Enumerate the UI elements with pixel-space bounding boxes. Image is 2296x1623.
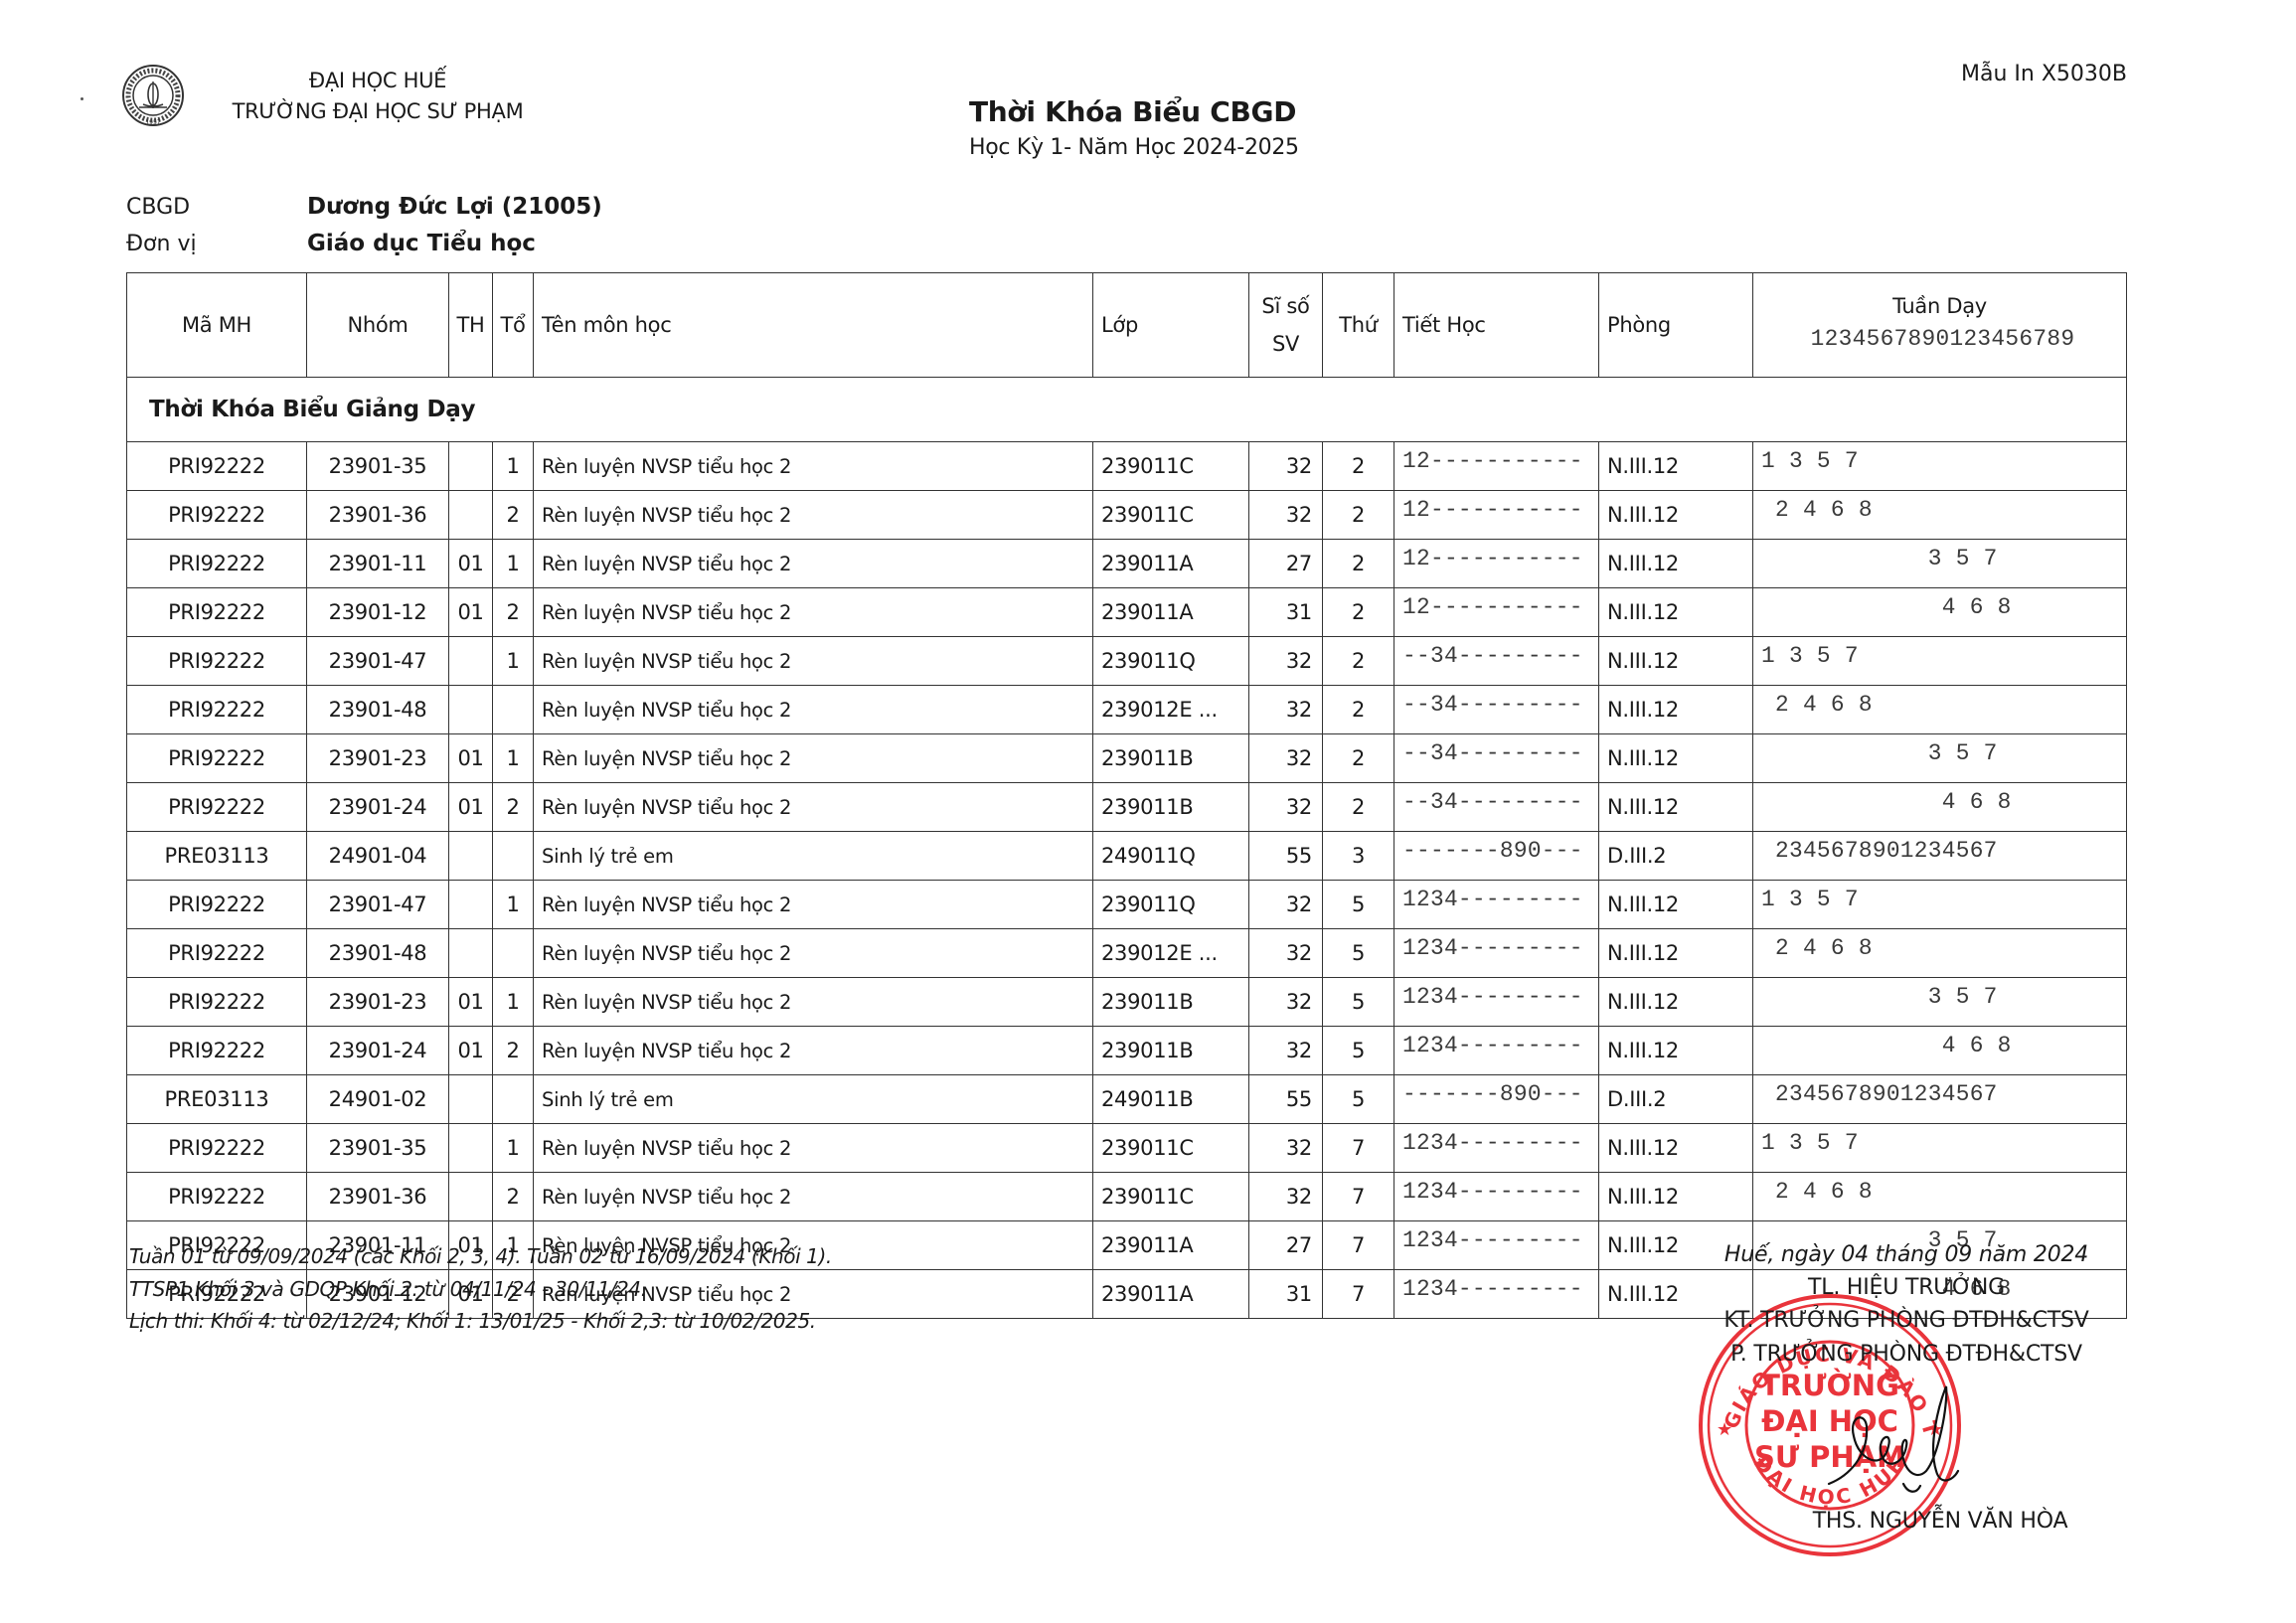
table-row: PRI92222 23901-11 01 1 Rèn luyện NVSP ti…	[127, 540, 2127, 588]
cell-room: N.III.12	[1599, 540, 1753, 588]
handwritten-signature-icon	[1809, 1377, 1968, 1506]
lecturer-value: Dương Đức Lợi (21005)	[307, 194, 602, 220]
cell-weeks: 3 5 7	[1753, 978, 2127, 1027]
cell-periods: 1234---------	[1394, 1173, 1599, 1221]
cell-room: N.III.12	[1599, 686, 1753, 734]
section-row: Thời Khóa Biểu Giảng Dạy	[127, 378, 2127, 442]
col-periods: Tiết Học	[1394, 273, 1599, 378]
cell-weeks: 4 6 8	[1753, 783, 2127, 832]
cell-periods: 1234---------	[1394, 1124, 1599, 1173]
schedule-table: Mã MH Nhóm TH Tổ Tên môn học Lớp Sĩ số S…	[126, 272, 2127, 1319]
col-weekday: Thứ	[1323, 273, 1394, 378]
cell-periods: 1234---------	[1394, 1270, 1599, 1319]
cell-th	[449, 442, 493, 491]
cell-course-name: Rèn luyện NVSP tiểu học 2	[534, 881, 1093, 929]
signer-name: THS. NGUYỄN VĂN HÒA	[1813, 1509, 2068, 1534]
cell-weekday: 7	[1323, 1221, 1394, 1270]
cell-class-size: 32	[1249, 637, 1323, 686]
cell-course-name: Rèn luyện NVSP tiểu học 2	[534, 1124, 1093, 1173]
cell-group: 23901-47	[307, 881, 449, 929]
cell-course-code: PRI92222	[127, 978, 307, 1027]
document-subtitle: Học Kỳ 1- Năm Học 2024-2025	[969, 135, 1299, 160]
cell-weekday: 2	[1323, 491, 1394, 540]
cell-room: N.III.12	[1599, 588, 1753, 637]
cell-th	[449, 881, 493, 929]
cell-team: 1	[493, 734, 534, 783]
table-row: PRI92222 23901-12 01 2 Rèn luyện NVSP ti…	[127, 588, 2127, 637]
cell-weekday: 2	[1323, 783, 1394, 832]
cell-weekday: 3	[1323, 832, 1394, 881]
col-team: Tổ	[493, 273, 534, 378]
cell-room: N.III.12	[1599, 978, 1753, 1027]
cell-weeks: 2345678901234567	[1753, 1075, 2127, 1124]
col-weeks: Tuần Dạy 1234567890123456789	[1753, 273, 2127, 378]
cell-course-name: Rèn luyện NVSP tiểu học 2	[534, 491, 1093, 540]
col-th: TH	[449, 273, 493, 378]
table-row: PRI92222 23901-48 Rèn luyện NVSP tiểu họ…	[127, 686, 2127, 734]
cell-class-size: 32	[1249, 734, 1323, 783]
cell-weeks: 2 4 6 8	[1753, 1173, 2127, 1221]
cell-class: 239011C	[1093, 1173, 1249, 1221]
cell-th	[449, 1075, 493, 1124]
col-course-name: Tên môn học	[534, 273, 1093, 378]
cell-group: 24901-04	[307, 832, 449, 881]
cell-weeks: 1 3 5 7	[1753, 1124, 2127, 1173]
cell-room: N.III.12	[1599, 929, 1753, 978]
cell-class: 239011B	[1093, 783, 1249, 832]
cell-weekday: 7	[1323, 1173, 1394, 1221]
cell-class: 239011A	[1093, 540, 1249, 588]
cell-class: 239011A	[1093, 1221, 1249, 1270]
cell-class-size: 32	[1249, 442, 1323, 491]
cell-class: 239012E ...	[1093, 929, 1249, 978]
table-row: PRE03113 24901-02 Sinh lý trẻ em 249011B…	[127, 1075, 2127, 1124]
cell-weekday: 2	[1323, 637, 1394, 686]
table-row: PRI92222 23901-24 01 2 Rèn luyện NVSP ti…	[127, 1027, 2127, 1075]
col-weeks-label: Tuần Dạy	[1753, 294, 2126, 318]
table-header-row: Mã MH Nhóm TH Tổ Tên môn học Lớp Sĩ số S…	[127, 273, 2127, 378]
cell-course-code: PRI92222	[127, 1124, 307, 1173]
cell-th	[449, 637, 493, 686]
col-class-size: Sĩ số SV	[1249, 273, 1323, 378]
cell-weekday: 5	[1323, 1027, 1394, 1075]
cell-course-code: PRI92222	[127, 588, 307, 637]
cell-course-code: PRI92222	[127, 686, 307, 734]
cell-class: 239011Q	[1093, 881, 1249, 929]
unit-label: Đơn vị	[126, 232, 197, 256]
cell-group: 24901-02	[307, 1075, 449, 1124]
cell-room: D.III.2	[1599, 1075, 1753, 1124]
cell-periods: 12-----------	[1394, 442, 1599, 491]
col-room: Phòng	[1599, 273, 1753, 378]
cell-team: 1	[493, 978, 534, 1027]
cell-class-size: 32	[1249, 1173, 1323, 1221]
cell-course-name: Rèn luyện NVSP tiểu học 2	[534, 734, 1093, 783]
cell-weekday: 7	[1323, 1270, 1394, 1319]
cell-weeks: 2 4 6 8	[1753, 929, 2127, 978]
cell-th	[449, 686, 493, 734]
cell-weekday: 7	[1323, 1124, 1394, 1173]
cell-class: 239011B	[1093, 734, 1249, 783]
cell-periods: 1234---------	[1394, 1221, 1599, 1270]
cell-weeks: 2 4 6 8	[1753, 491, 2127, 540]
cell-course-name: Rèn luyện NVSP tiểu học 2	[534, 686, 1093, 734]
cell-course-code: PRE03113	[127, 832, 307, 881]
cell-team	[493, 1075, 534, 1124]
cell-course-name: Rèn luyện NVSP tiểu học 2	[534, 588, 1093, 637]
cell-class: 249011Q	[1093, 832, 1249, 881]
cell-class-size: 32	[1249, 783, 1323, 832]
cell-periods: --34---------	[1394, 783, 1599, 832]
svg-text:1957: 1957	[145, 119, 160, 126]
cell-class-size: 55	[1249, 1075, 1323, 1124]
cell-group: 23901-11	[307, 540, 449, 588]
cell-course-code: PRI92222	[127, 1173, 307, 1221]
cell-class-size: 32	[1249, 686, 1323, 734]
cell-th: 01	[449, 588, 493, 637]
cell-periods: 1234---------	[1394, 1027, 1599, 1075]
form-code: Mẫu In X5030B	[1961, 62, 2127, 86]
cell-periods: -------890---	[1394, 832, 1599, 881]
cell-group: 23901-12	[307, 588, 449, 637]
table-row: PRI92222 23901-47 1 Rèn luyện NVSP tiểu …	[127, 881, 2127, 929]
cell-course-code: PRE03113	[127, 1075, 307, 1124]
cell-class: 239011Q	[1093, 637, 1249, 686]
cell-team: 2	[493, 588, 534, 637]
cell-th	[449, 929, 493, 978]
cell-course-name: Sinh lý trẻ em	[534, 1075, 1093, 1124]
cell-periods: 12-----------	[1394, 588, 1599, 637]
cell-periods: 1234---------	[1394, 978, 1599, 1027]
cell-course-name: Sinh lý trẻ em	[534, 832, 1093, 881]
cell-weeks: 4 6 8	[1753, 1027, 2127, 1075]
cell-course-code: PRI92222	[127, 783, 307, 832]
cell-group: 23901-23	[307, 734, 449, 783]
cell-weekday: 2	[1323, 540, 1394, 588]
cell-class: 239011C	[1093, 442, 1249, 491]
cell-periods: --34---------	[1394, 734, 1599, 783]
cell-class: 239011B	[1093, 1027, 1249, 1075]
col-class-size-top: Sĩ số	[1261, 294, 1309, 318]
cell-group: 23901-48	[307, 929, 449, 978]
cell-course-code: PRI92222	[127, 491, 307, 540]
col-class: Lớp	[1093, 273, 1249, 378]
cell-course-name: Rèn luyện NVSP tiểu học 2	[534, 783, 1093, 832]
note-exam-schedule: Lịch thi: Khối 4: từ 02/12/24; Khối 1: 1…	[129, 1309, 816, 1333]
table-row: PRI92222 23901-24 01 2 Rèn luyện NVSP ti…	[127, 783, 2127, 832]
cell-course-name: Rèn luyện NVSP tiểu học 2	[534, 978, 1093, 1027]
cell-weeks: 3 5 7	[1753, 734, 2127, 783]
signature-date: Huế, ngày 04 tháng 09 năm 2024	[1724, 1242, 2088, 1267]
table-row: PRI92222 23901-36 2 Rèn luyện NVSP tiểu …	[127, 1173, 2127, 1221]
cell-th: 01	[449, 734, 493, 783]
cell-course-name: Rèn luyện NVSP tiểu học 2	[534, 929, 1093, 978]
col-weeks-scale: 1234567890123456789	[1753, 326, 2126, 352]
cell-periods: 1234---------	[1394, 881, 1599, 929]
cell-class-size: 32	[1249, 1027, 1323, 1075]
cell-group: 23901-36	[307, 491, 449, 540]
table-row: PRI92222 23901-35 1 Rèn luyện NVSP tiểu …	[127, 1124, 2127, 1173]
cell-weekday: 5	[1323, 978, 1394, 1027]
cell-course-code: PRI92222	[127, 929, 307, 978]
cell-class: 239011B	[1093, 978, 1249, 1027]
cell-room: N.III.12	[1599, 1124, 1753, 1173]
col-class-size-bottom: SV	[1272, 332, 1299, 356]
cell-class-size: 32	[1249, 929, 1323, 978]
cell-class: 239011A	[1093, 588, 1249, 637]
scan-speck	[81, 97, 83, 100]
cell-class-size: 31	[1249, 588, 1323, 637]
cell-class: 239011C	[1093, 1124, 1249, 1173]
cell-team: 1	[493, 1124, 534, 1173]
signature-role-1: TL. HIỆU TRƯỞNG	[1808, 1275, 2005, 1300]
cell-team: 2	[493, 783, 534, 832]
cell-team	[493, 929, 534, 978]
table-row: PRI92222 23901-36 2 Rèn luyện NVSP tiểu …	[127, 491, 2127, 540]
cell-room: N.III.12	[1599, 1027, 1753, 1075]
table-row: PRI92222 23901-48 Rèn luyện NVSP tiểu họ…	[127, 929, 2127, 978]
cell-team	[493, 832, 534, 881]
cell-course-name: Rèn luyện NVSP tiểu học 2	[534, 1027, 1093, 1075]
cell-periods: 1234---------	[1394, 929, 1599, 978]
note-practicum: TTSP1 Khối 3 và GDQP Khối 2: từ 04/11/24…	[129, 1277, 647, 1301]
cell-group: 23901-48	[307, 686, 449, 734]
cell-weeks: 1 3 5 7	[1753, 637, 2127, 686]
table-row: PRE03113 24901-04 Sinh lý trẻ em 249011Q…	[127, 832, 2127, 881]
cell-weekday: 2	[1323, 686, 1394, 734]
cell-periods: --34---------	[1394, 686, 1599, 734]
cell-weekday: 2	[1323, 588, 1394, 637]
cell-class-size: 32	[1249, 881, 1323, 929]
cell-th: 01	[449, 978, 493, 1027]
col-course-code: Mã MH	[127, 273, 307, 378]
cell-team: 1	[493, 637, 534, 686]
cell-th	[449, 1124, 493, 1173]
cell-team: 1	[493, 881, 534, 929]
cell-course-name: Rèn luyện NVSP tiểu học 2	[534, 1173, 1093, 1221]
cell-team: 2	[493, 1027, 534, 1075]
cell-group: 23901-35	[307, 1124, 449, 1173]
cell-group: 23901-24	[307, 783, 449, 832]
cell-room: N.III.12	[1599, 783, 1753, 832]
lecturer-label: CBGD	[126, 195, 190, 220]
table-row: PRI92222 23901-47 1 Rèn luyện NVSP tiểu …	[127, 637, 2127, 686]
table-row: PRI92222 23901-23 01 1 Rèn luyện NVSP ti…	[127, 978, 2127, 1027]
cell-weekday: 5	[1323, 1075, 1394, 1124]
cell-class-size: 27	[1249, 1221, 1323, 1270]
cell-course-name: Rèn luyện NVSP tiểu học 2	[534, 442, 1093, 491]
cell-class: 239012E ...	[1093, 686, 1249, 734]
cell-course-code: PRI92222	[127, 881, 307, 929]
cell-course-name: Rèn luyện NVSP tiểu học 2	[534, 540, 1093, 588]
svg-text:★: ★	[1717, 1419, 1732, 1440]
table-row: PRI92222 23901-23 01 1 Rèn luyện NVSP ti…	[127, 734, 2127, 783]
cell-class-size: 55	[1249, 832, 1323, 881]
signature-role-3: P. TRƯỞNG PHÒNG ĐTĐH&CTSV	[1730, 1342, 2082, 1367]
institution-name: TRƯỜNG ĐẠI HỌC SƯ PHẠM	[233, 99, 524, 123]
cell-weekday: 5	[1323, 881, 1394, 929]
cell-team: 2	[493, 1173, 534, 1221]
cell-course-name: Rèn luyện NVSP tiểu học 2	[534, 637, 1093, 686]
cell-periods: 12-----------	[1394, 540, 1599, 588]
cell-group: 23901-23	[307, 978, 449, 1027]
cell-weekday: 2	[1323, 442, 1394, 491]
cell-weeks: 4 6 8	[1753, 588, 2127, 637]
cell-class: 239011C	[1093, 491, 1249, 540]
cell-class-size: 27	[1249, 540, 1323, 588]
cell-weeks: 3 5 7	[1753, 540, 2127, 588]
institution-parent: ĐẠI HỌC HUẾ	[309, 69, 446, 92]
section-title: Thời Khóa Biểu Giảng Dạy	[127, 378, 2127, 442]
cell-team: 1	[493, 540, 534, 588]
cell-team: 2	[493, 491, 534, 540]
cell-group: 23901-35	[307, 442, 449, 491]
cell-th	[449, 491, 493, 540]
cell-periods: 12-----------	[1394, 491, 1599, 540]
cell-weeks: 1 3 5 7	[1753, 442, 2127, 491]
cell-team	[493, 686, 534, 734]
cell-class-size: 31	[1249, 1270, 1323, 1319]
cell-th: 01	[449, 783, 493, 832]
cell-weeks: 2345678901234567	[1753, 832, 2127, 881]
cell-group: 23901-24	[307, 1027, 449, 1075]
cell-course-code: PRI92222	[127, 734, 307, 783]
signature-role-2: KT. TRƯỞNG PHÒNG ĐTĐH&CTSV	[1723, 1308, 2088, 1333]
cell-room: N.III.12	[1599, 881, 1753, 929]
cell-weekday: 2	[1323, 734, 1394, 783]
cell-group: 23901-47	[307, 637, 449, 686]
unit-value: Giáo dục Tiểu học	[307, 231, 536, 256]
cell-weeks: 1 3 5 7	[1753, 881, 2127, 929]
cell-periods: -------890---	[1394, 1075, 1599, 1124]
cell-room: N.III.12	[1599, 637, 1753, 686]
cell-course-code: PRI92222	[127, 540, 307, 588]
cell-room: N.III.12	[1599, 491, 1753, 540]
cell-class-size: 32	[1249, 491, 1323, 540]
cell-class-size: 32	[1249, 1124, 1323, 1173]
cell-room: D.III.2	[1599, 832, 1753, 881]
cell-course-code: PRI92222	[127, 442, 307, 491]
cell-class-size: 32	[1249, 978, 1323, 1027]
cell-room: N.III.12	[1599, 734, 1753, 783]
note-week-start: Tuần 01 từ 09/09/2024 (các Khối 2, 3, 4)…	[129, 1244, 832, 1268]
document-title: Thời Khóa Biểu CBGD	[969, 95, 1296, 128]
cell-weekday: 5	[1323, 929, 1394, 978]
cell-course-code: PRI92222	[127, 1027, 307, 1075]
cell-team: 1	[493, 442, 534, 491]
cell-class: 249011B	[1093, 1075, 1249, 1124]
cell-group: 23901-36	[307, 1173, 449, 1221]
university-seal-icon: 1957	[121, 63, 185, 128]
cell-th	[449, 1173, 493, 1221]
cell-th: 01	[449, 1027, 493, 1075]
cell-room: N.III.12	[1599, 1173, 1753, 1221]
cell-th: 01	[449, 540, 493, 588]
cell-periods: --34---------	[1394, 637, 1599, 686]
cell-weeks: 2 4 6 8	[1753, 686, 2127, 734]
cell-class: 239011A	[1093, 1270, 1249, 1319]
cell-room: N.III.12	[1599, 442, 1753, 491]
cell-th	[449, 832, 493, 881]
table-row: PRI92222 23901-35 1 Rèn luyện NVSP tiểu …	[127, 442, 2127, 491]
col-group: Nhóm	[307, 273, 449, 378]
cell-course-code: PRI92222	[127, 637, 307, 686]
